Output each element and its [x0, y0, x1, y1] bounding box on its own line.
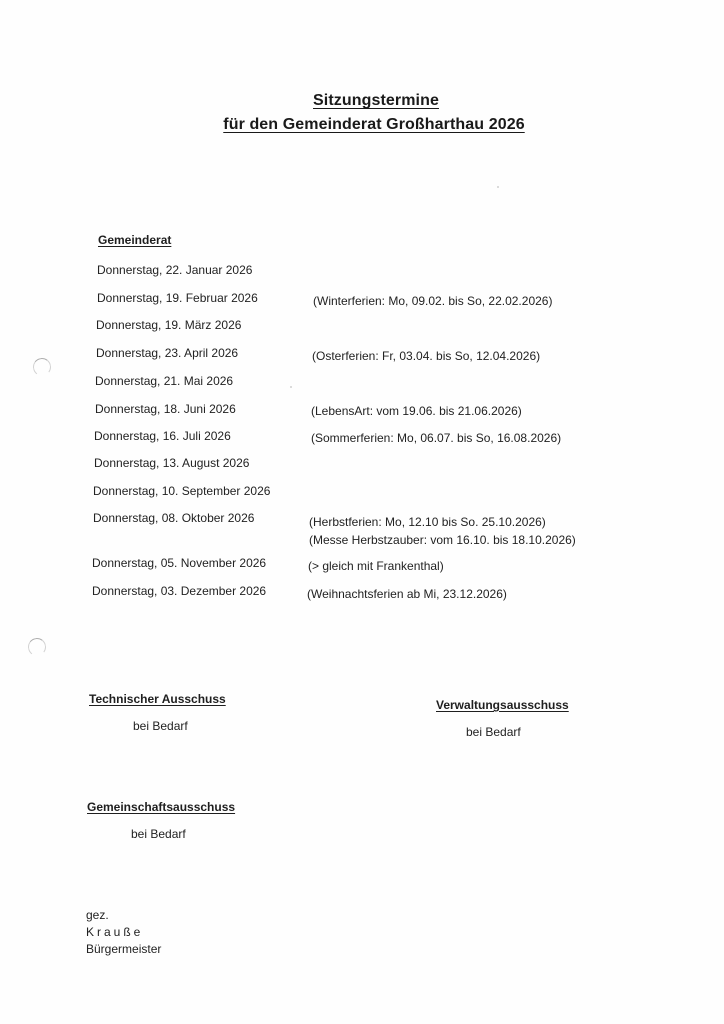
meeting-note: (Sommerferien: Mo, 06.07. bis So, 16.08.…: [311, 431, 561, 445]
document-subtitle: für den Gemeinderat Großharthau 2026: [12, 116, 724, 134]
gemeinderat-heading: Gemeinderat: [98, 233, 171, 247]
document-page: Sitzungstermine für den Gemeinderat Groß…: [0, 0, 724, 1024]
meeting-date: Donnerstag, 22. Januar 2026: [97, 263, 252, 277]
technischer-ausschuss-text: bei Bedarf: [133, 719, 188, 733]
technischer-ausschuss-heading: Technischer Ausschuss: [89, 692, 226, 706]
meeting-date: Donnerstag, 19. März 2026: [96, 318, 241, 332]
meeting-date: Donnerstag, 05. November 2026: [92, 556, 266, 570]
meeting-note: (LebensArt: vom 19.06. bis 21.06.2026): [311, 404, 522, 418]
meeting-note: (Osterferien: Fr, 03.04. bis So, 12.04.2…: [312, 349, 540, 363]
meeting-note: (Winterferien: Mo, 09.02. bis So, 22.02.…: [313, 294, 552, 308]
meeting-note: (> gleich mit Frankenthal): [308, 559, 444, 573]
signature-name: Krauße: [86, 925, 143, 939]
gemeinschaftsausschuss-text: bei Bedarf: [131, 827, 186, 841]
document-title: Sitzungstermine: [14, 92, 724, 110]
scan-speck: [497, 186, 499, 188]
meeting-date: Donnerstag, 18. Juni 2026: [95, 402, 236, 416]
meeting-date: Donnerstag, 13. August 2026: [94, 456, 249, 470]
meeting-date: Donnerstag, 16. Juli 2026: [94, 429, 231, 443]
meeting-note: (Herbstferien: Mo, 12.10 bis So. 25.10.2…: [309, 515, 546, 529]
meeting-date: Donnerstag, 10. September 2026: [93, 484, 270, 498]
signature-role: Bürgermeister: [86, 942, 161, 956]
verwaltungsausschuss-text: bei Bedarf: [466, 725, 521, 739]
meeting-note: (Weihnachtsferien ab Mi, 23.12.2026): [307, 587, 507, 601]
gemeinschaftsausschuss-heading: Gemeinschaftsausschuss: [87, 800, 235, 814]
meeting-date: Donnerstag, 19. Februar 2026: [97, 291, 258, 305]
signature-prefix: gez.: [86, 908, 109, 922]
verwaltungsausschuss-heading: Verwaltungsausschuss: [436, 698, 569, 712]
scan-speck: [290, 386, 292, 388]
meeting-date: Donnerstag, 23. April 2026: [96, 346, 238, 360]
meeting-date: Donnerstag, 21. Mai 2026: [95, 374, 233, 388]
meeting-date: Donnerstag, 08. Oktober 2026: [93, 511, 254, 525]
meeting-date: Donnerstag, 03. Dezember 2026: [92, 584, 266, 598]
meeting-note-secondary: (Messe Herbstzauber: vom 16.10. bis 18.1…: [309, 533, 576, 547]
punch-hole-mark: [32, 357, 52, 377]
punch-hole-mark: [27, 637, 47, 657]
